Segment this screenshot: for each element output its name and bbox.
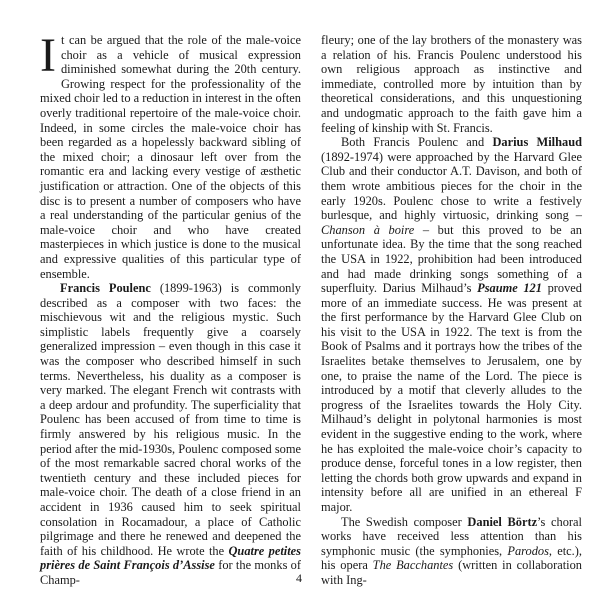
milhaud-paragraph: Both Francis Poulenc and Darius Milhaud … [321,135,582,514]
bortz-paragraph: The Swedish composer Daniel Börtz’s chor… [321,515,582,588]
intro-text: t can be argued that the role of the mal… [40,33,301,281]
left-column: It can be argued that the role of the ma… [40,33,301,588]
composer-name-poulenc: Francis Poulenc [60,281,151,295]
poulenc-paragraph: Francis Poulenc (1899-1963) is commonly … [40,281,301,587]
right-column: fleury; one of the lay brothers of the m… [321,33,582,588]
intro-paragraph: It can be argued that the role of the ma… [40,33,301,281]
bortz-text-a: The Swedish composer [341,515,467,529]
song-title-chanson-a-boire: Chanson à boire [321,223,414,237]
work-title-parodos: Parodos [507,544,549,558]
poulenc-continued-text: fleury; one of the lay brothers of the m… [321,33,582,135]
composer-name-bortz: Daniel Börtz [467,515,537,529]
milhaud-text-d: proved more of an immediate success. He … [321,281,582,514]
work-title-the-bacchantes: The Bacchantes [373,558,454,572]
drop-cap: I [40,36,56,78]
poulenc-continued-paragraph: fleury; one of the lay brothers of the m… [321,33,582,135]
poulenc-text-a: (1899-1963) is commonly described as a c… [40,281,301,558]
milhaud-text-b: (1892-1974) were approached by the Harva… [321,150,582,222]
composer-name-milhaud: Darius Milhaud [492,135,582,149]
milhaud-text-a: Both Francis Poulenc and [341,135,492,149]
work-title-psaume-121: Psaume 121 [477,281,542,295]
page-number: 4 [296,571,302,586]
